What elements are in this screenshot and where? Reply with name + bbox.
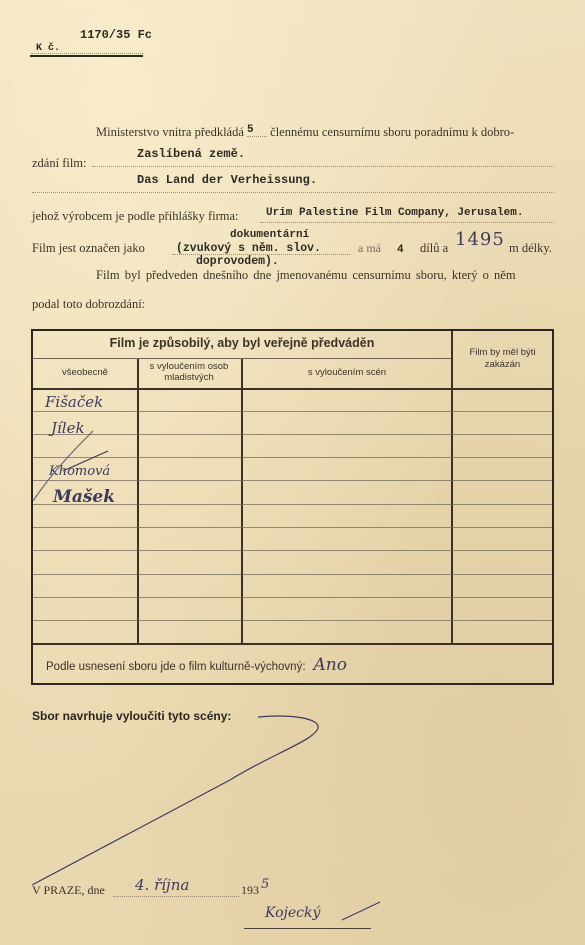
row-rule — [33, 620, 552, 621]
group-header-rule — [33, 358, 451, 359]
presented-line-1: Film byl předveden dnešního dne jmenovan… — [96, 268, 516, 283]
official-signature: Kojecký — [265, 905, 320, 921]
parts-count: 4 — [397, 244, 404, 256]
signature-tick — [340, 898, 390, 928]
title-line-1 — [92, 166, 554, 167]
reference-underline — [31, 53, 143, 54]
verdict-table: Film je způsobilý, aby byl veřejně předv… — [31, 329, 554, 685]
member-count: 5 — [247, 124, 267, 137]
intro-prefix: Ministerstvo vnitra předkládá — [96, 125, 244, 139]
designation-dotted — [172, 254, 350, 255]
grid-bottom-rule — [33, 643, 552, 645]
signature-flourish — [23, 401, 143, 511]
intro-suffix: člennému censurnímu sboru poradnímu k do… — [270, 125, 514, 139]
designation-line-1: dokumentární — [230, 229, 309, 241]
reference-number: 1170/35 Fc — [80, 28, 152, 42]
signature-rule — [244, 928, 371, 929]
parts-label: a má — [358, 241, 381, 256]
presented-line-2: podal toto dobrozdání: — [32, 297, 145, 312]
cultural-verdict: Podle usnesení sboru jde o film kulturně… — [46, 655, 347, 675]
row-rule — [33, 597, 552, 598]
cancel-stroke — [30, 700, 330, 900]
film-title-czech: Zaslíbená země. — [137, 147, 245, 161]
intro-line-2-label: zdání film: — [32, 156, 87, 171]
title-line-2 — [32, 192, 554, 193]
reference-rule — [30, 55, 143, 57]
parts-suffix: dílů a — [420, 241, 448, 256]
designation-line-3: doprovodem). — [196, 255, 279, 268]
intro-line-1: Ministerstvo vnitra předkládá 5 člennému… — [96, 124, 514, 140]
row-rule — [33, 574, 552, 575]
date-line — [113, 896, 239, 897]
col-header-general: všeobecně — [33, 367, 137, 378]
cultural-value: Ano — [314, 655, 347, 675]
col-header-banned: Film by měl býti zakázán — [453, 347, 552, 371]
length-suffix: m délky. — [509, 241, 552, 256]
cultural-label: Podle usnesení sboru jde o film kulturně… — [46, 661, 306, 673]
col-header-youth: s vyloučením osob mladistvých — [139, 361, 239, 383]
col-header-scenes: s vyloučením scén — [243, 367, 451, 378]
film-length: 1495 — [455, 229, 505, 250]
row-rule — [33, 527, 552, 528]
col-divider-2 — [241, 358, 243, 643]
producer-value: Urim Palestine Film Company, Jerusalem. — [266, 207, 523, 219]
year-suffix: 5 — [261, 877, 269, 892]
producer-label: jehož výrobcem je podle přihlášky firma: — [32, 209, 239, 224]
producer-line — [260, 222, 554, 223]
place-label: V PRAZE, dne — [32, 883, 105, 898]
designation-label: Film jest označen jako — [32, 241, 145, 256]
row-rule — [33, 550, 552, 551]
group-header: Film je způsobilý, aby byl veřejně předv… — [33, 336, 451, 350]
film-title-german: Das Land der Verheissung. — [137, 173, 317, 187]
date-handwritten: 4. října — [135, 876, 189, 894]
header-bottom-rule — [33, 388, 552, 390]
year-prefix: 193 — [241, 883, 259, 898]
